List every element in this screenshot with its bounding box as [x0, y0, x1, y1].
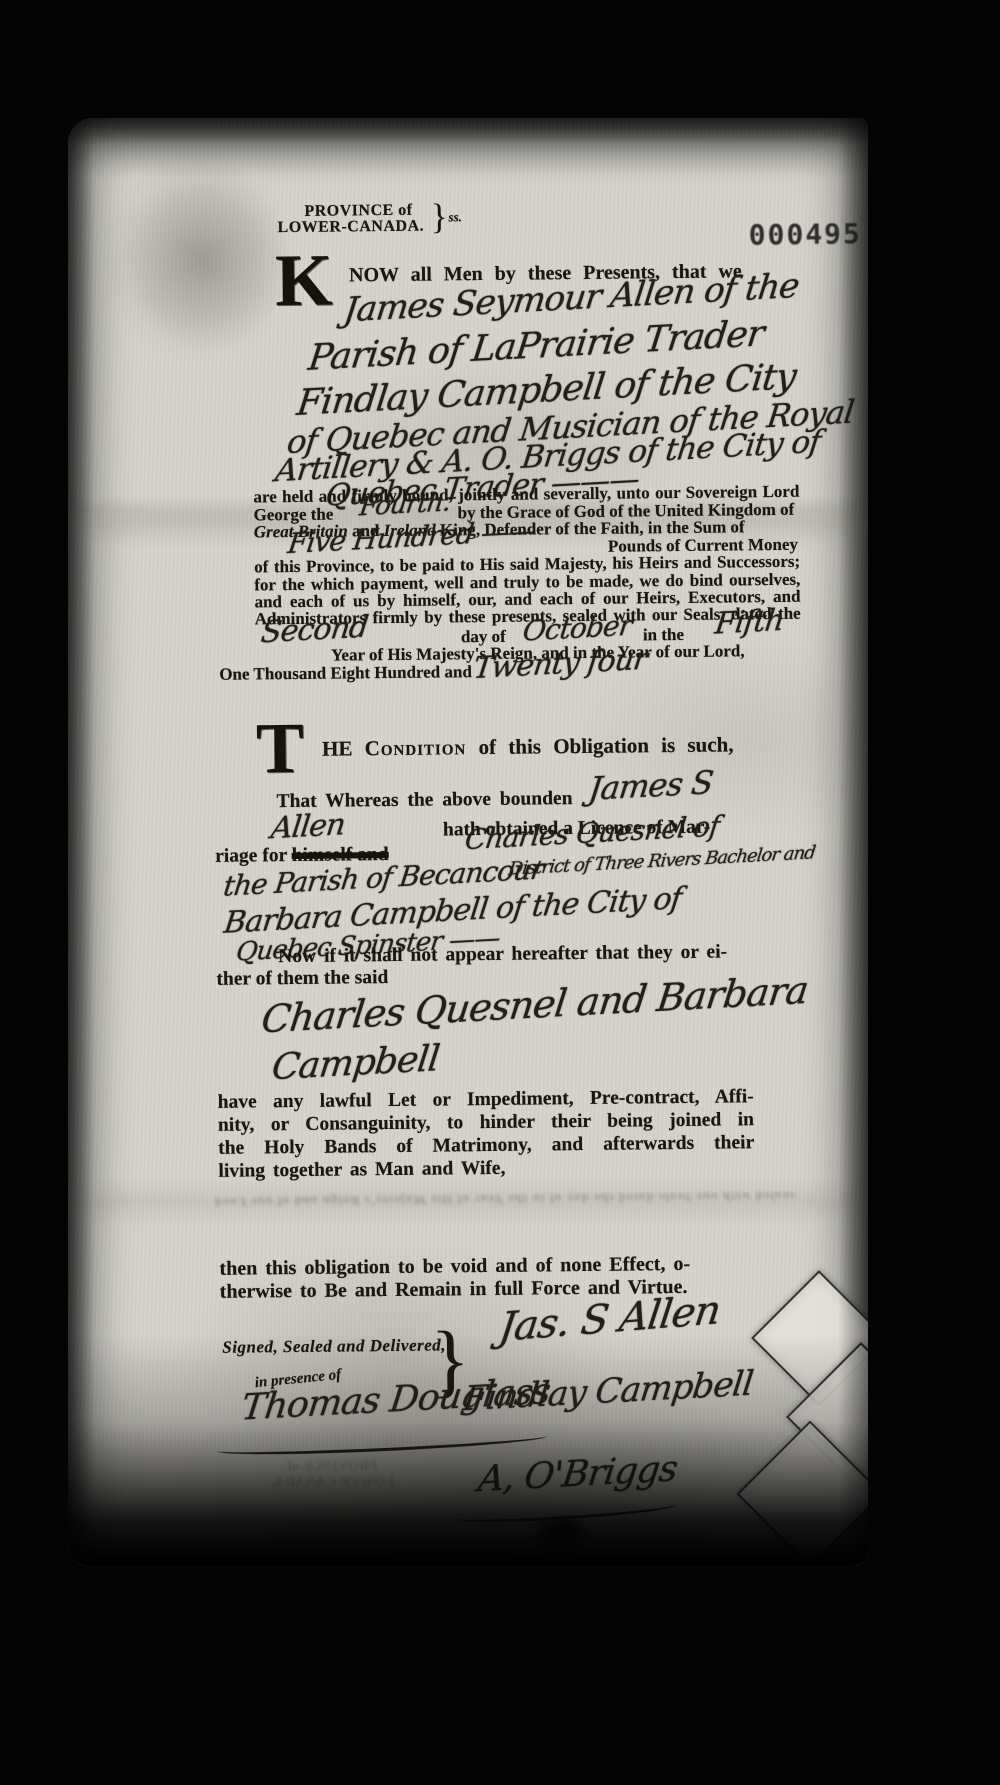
signature-flourish	[217, 1429, 547, 1459]
impediment-line: the Holy Bands of Matrimony, and afterwa…	[218, 1132, 754, 1160]
handwritten-couple-names: Campbell	[270, 1038, 442, 1088]
handwritten-allen: Allen	[269, 807, 347, 846]
handwritten-james: James S	[587, 763, 715, 808]
condition-keyword: Condition	[365, 735, 467, 760]
page-content: PROVINCE of LOWER-CANADA. } ss. 000495 K…	[68, 118, 868, 1565]
dropcap-t: T	[256, 719, 305, 779]
bond-line: One Thousand Eight Hundred and	[219, 662, 472, 685]
header-ss-label: ss.	[448, 209, 462, 225]
now-line: Now if it shall not appear hereafter tha…	[278, 941, 727, 968]
impediment-line: living together as Man and Wife,	[218, 1158, 505, 1183]
condition-heading: HE Condition of this Obligation is such,	[322, 732, 734, 761]
handwritten-fourth: Fourth.	[358, 487, 452, 522]
serial-number: 000495	[749, 217, 862, 251]
province-line-2: LOWER-CANADA.	[278, 218, 425, 238]
dropcap-k: K	[275, 251, 333, 312]
header-brace: }	[430, 195, 448, 237]
scan-background: PROVINCE of LOWER-CANADA. } ss. 000495 K…	[0, 0, 1000, 1785]
signature-third: A, O'Briggs	[476, 1448, 679, 1500]
signed-sealed-label: Signed, Sealed and Delivered,	[222, 1335, 446, 1357]
handwritten-day: Second	[259, 610, 370, 651]
ink-blot	[530, 1512, 592, 1555]
now-line: ther of them the said	[216, 967, 388, 991]
handwritten-regnal-year: Fifth	[713, 603, 786, 642]
show-through-band: sealed with our Seals dated the day of i…	[234, 1188, 796, 1210]
show-through-province: PROVINCE of LOWER-CANADA.	[237, 1458, 427, 1492]
document-page: PROVINCE of LOWER-CANADA. } ss. 000495 K…	[68, 118, 868, 1565]
